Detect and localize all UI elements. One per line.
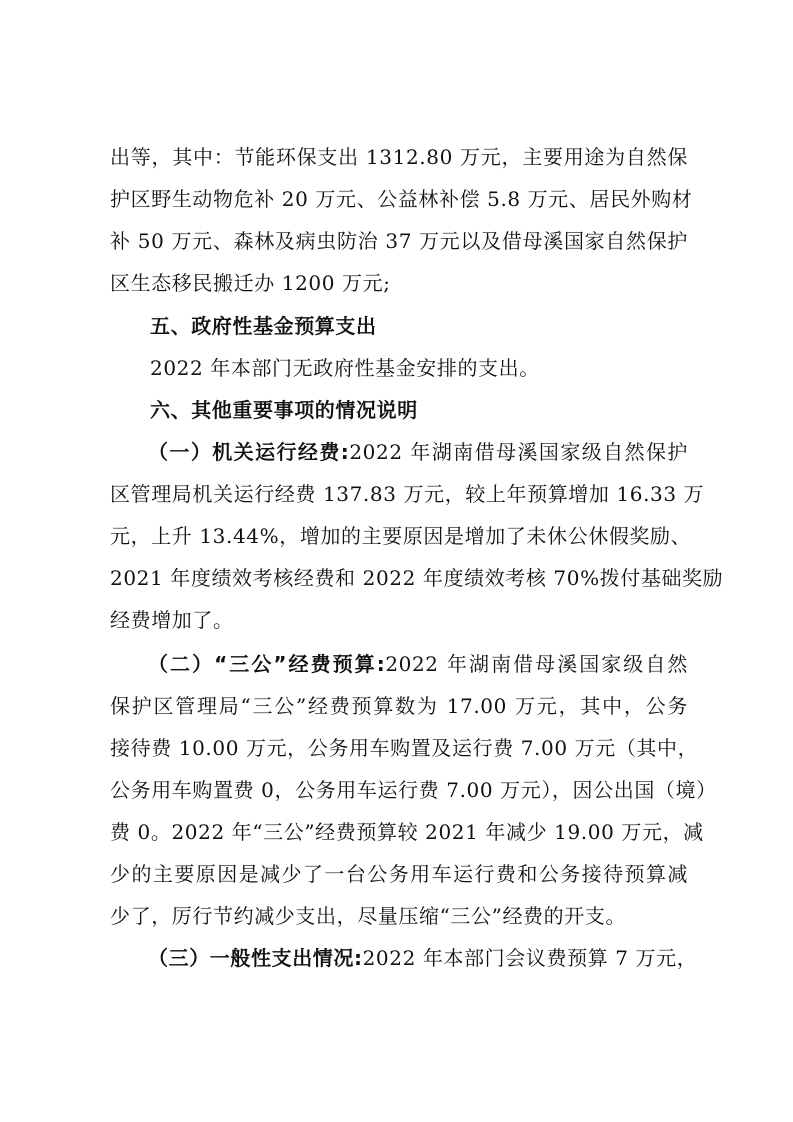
paragraph-line: 区生态移民搬迁办 1200 万元; xyxy=(110,268,688,298)
item-2-text: 2022 年湖南借母溪国家级自然 xyxy=(385,652,688,676)
item-1-label: （一）机关运行经费: xyxy=(148,440,349,464)
paragraph-line: 元，上升 13.44%，增加的主要原因是增加了未休公休假奖励、 xyxy=(110,521,688,551)
paragraph-line: 公务用车购置费 0，公务用车运行费 7.00 万元），因公出国（境） xyxy=(110,775,688,805)
item-1-first-line: （一）机关运行经费:2022 年湖南借母溪国家级自然保护 xyxy=(148,437,688,467)
item-3-label: （三）一般性支出情况: xyxy=(148,946,363,970)
paragraph-line: 保护区管理局“三公”经费预算数为 17.00 万元，其中，公务 xyxy=(110,691,688,721)
paragraph-line: 少的主要原因是减少了一台公务用车运行费和公务接待预算减 xyxy=(110,859,688,889)
paragraph-line: 区管理局机关运行经费 137.83 万元，较上年预算增加 16.33 万 xyxy=(110,479,688,509)
item-2-label: （二）“三公”经费预算: xyxy=(148,652,385,676)
section-heading-5: 五、政府性基金预算支出 xyxy=(150,311,377,341)
paragraph-line: 出等，其中：节能环保支出 1312.80 万元，主要用途为自然保 xyxy=(110,142,688,172)
section-heading-6: 六、其他重要事项的情况说明 xyxy=(150,395,418,425)
item-3-first-line: （三）一般性支出情况:2022 年本部门会议费预算 7 万元， xyxy=(148,943,688,973)
paragraph-line: 经费增加了。 xyxy=(110,605,688,635)
item-3-text: 2022 年本部门会议费预算 7 万元， xyxy=(363,946,698,970)
item-1-text: 2022 年湖南借母溪国家级自然保护 xyxy=(349,440,688,464)
paragraph-line: 少了，厉行节约减少支出，尽量压缩“三公”经费的开支。 xyxy=(110,901,688,931)
paragraph-line: 补 50 万元、森林及病虫防治 37 万元以及借母溪国家自然保护 xyxy=(110,226,688,256)
document-page: 出等，其中：节能环保支出 1312.80 万元，主要用途为自然保 护区野生动物危… xyxy=(0,0,793,1122)
item-2-first-line: （二）“三公”经费预算:2022 年湖南借母溪国家级自然 xyxy=(148,649,688,679)
paragraph-line: 2021 年度绩效考核经费和 2022 年度绩效考核 70%拨付基础奖励 xyxy=(110,563,688,593)
paragraph-line: 护区野生动物危补 20 万元、公益林补偿 5.8 万元、居民外购材 xyxy=(110,184,688,214)
paragraph-line: 费 0。2022 年“三公”经费预算较 2021 年减少 19.00 万元，减 xyxy=(110,817,688,847)
section-5-body: 2022 年本部门无政府性基金安排的支出。 xyxy=(150,353,688,383)
paragraph-line: 接待费 10.00 万元，公务用车购置及运行费 7.00 万元（其中， xyxy=(110,733,688,763)
